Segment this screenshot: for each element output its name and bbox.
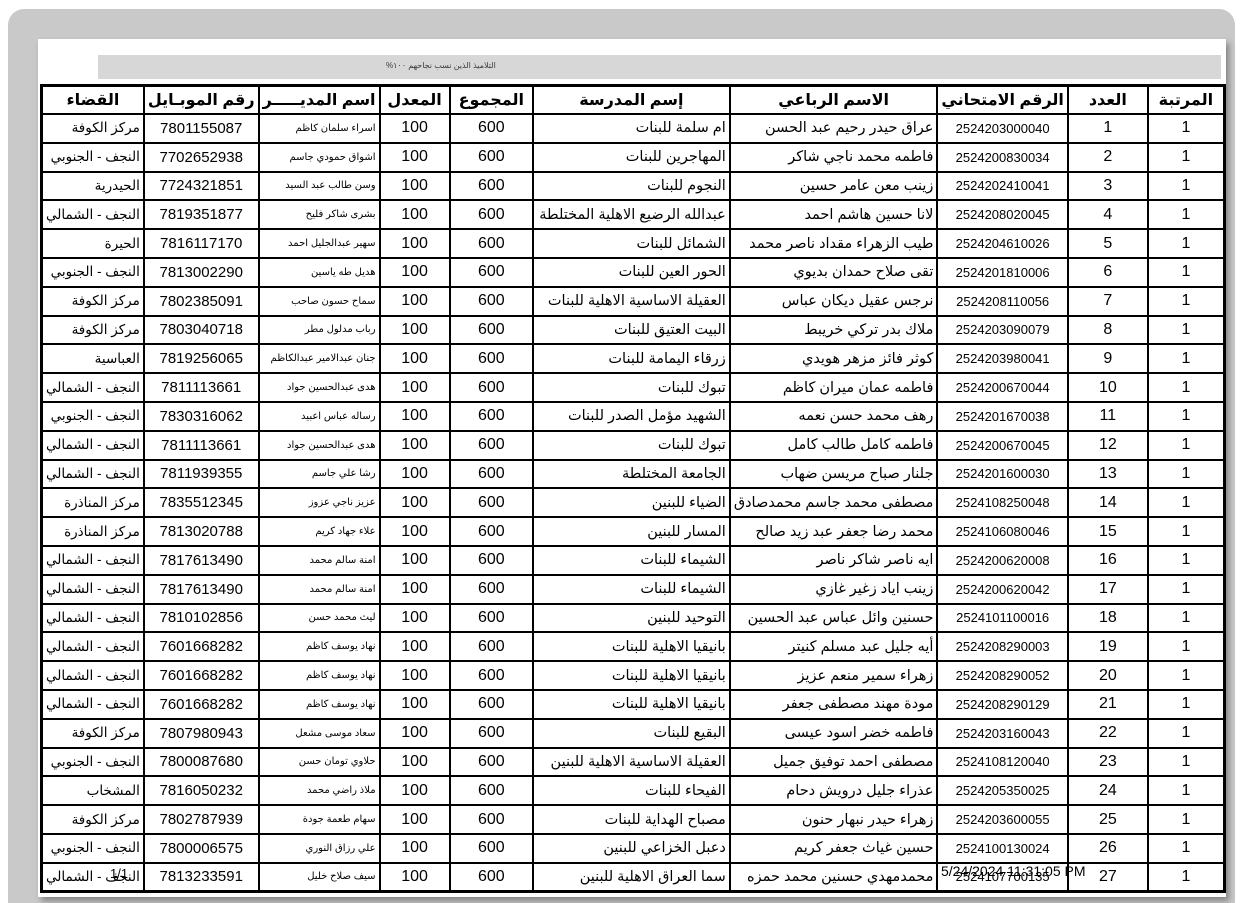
cell-mobile: 7830316062 bbox=[144, 402, 259, 431]
cell-total: 600 bbox=[450, 748, 533, 777]
cell-count: 14 bbox=[1068, 488, 1148, 517]
cell-mobile: 7811113661 bbox=[144, 373, 259, 402]
cell-average: 100 bbox=[380, 690, 450, 719]
cell-district: العباسية bbox=[42, 344, 144, 373]
cell-exam-no: 2524106080046 bbox=[937, 517, 1067, 546]
cell-mobile: 7813002290 bbox=[144, 258, 259, 287]
cell-mobile: 7813233591 bbox=[144, 863, 259, 892]
cell-rank: 1 bbox=[1148, 143, 1225, 172]
cell-district: النجف - الشمالي bbox=[42, 632, 144, 661]
cell-school: العقيلة الاساسية الاهلية للبنات bbox=[533, 287, 730, 316]
cell-director: رباب مدلول مطر bbox=[259, 316, 380, 345]
cell-exam-no: 2524108250048 bbox=[937, 488, 1067, 517]
cell-school: عبدالله الرضيع الاهلية المختلطة bbox=[533, 200, 730, 229]
cell-exam-no: 2524100130024 bbox=[937, 834, 1067, 863]
cell-director: نهاد يوسف كاظم bbox=[259, 632, 380, 661]
cell-school: الفيحاء للبنات bbox=[533, 776, 730, 805]
cell-average: 100 bbox=[380, 748, 450, 777]
cell-school: المهاجرين للبنات bbox=[533, 143, 730, 172]
cell-average: 100 bbox=[380, 229, 450, 258]
cell-name: زهراء سمير منعم عزيز bbox=[730, 661, 938, 690]
cell-average: 100 bbox=[380, 373, 450, 402]
document-page: التلاميذ الذين نسب نجاحهم ١٠٠% المرتبة ا… bbox=[38, 39, 1226, 897]
cell-school: تبوك للبنات bbox=[533, 431, 730, 460]
cell-exam-no: 2524200670044 bbox=[937, 373, 1067, 402]
cell-count: 26 bbox=[1068, 834, 1148, 863]
cell-mobile: 7801155087 bbox=[144, 114, 259, 143]
cell-count: 11 bbox=[1068, 402, 1148, 431]
cell-total: 600 bbox=[450, 805, 533, 834]
cell-total: 600 bbox=[450, 114, 533, 143]
cell-director: سعاد موسى مشعل bbox=[259, 719, 380, 748]
cell-district: مركز الكوفة bbox=[42, 719, 144, 748]
cell-mobile: 7802787939 bbox=[144, 805, 259, 834]
cell-district: مركز الكوفة bbox=[42, 805, 144, 834]
cell-average: 100 bbox=[380, 863, 450, 892]
cell-district: النجف - الشمالي bbox=[42, 431, 144, 460]
cell-mobile: 7810102856 bbox=[144, 604, 259, 633]
cell-school: البيت العتيق للبنات bbox=[533, 316, 730, 345]
cell-school: الحور العين للبنات bbox=[533, 258, 730, 287]
cell-exam-no: 2524201810006 bbox=[937, 258, 1067, 287]
cell-total: 600 bbox=[450, 690, 533, 719]
cell-total: 600 bbox=[450, 402, 533, 431]
table-row: 1 4 2524208020045 لانا حسين هاشم احمد عب… bbox=[42, 200, 1225, 229]
cell-name: نرجس عقيل ديكان عباس bbox=[730, 287, 938, 316]
cell-rank: 1 bbox=[1148, 863, 1225, 892]
cell-mobile: 7702652938 bbox=[144, 143, 259, 172]
col-header-mobile: رقم الموبـايل bbox=[144, 86, 259, 115]
cell-average: 100 bbox=[380, 604, 450, 633]
cell-total: 600 bbox=[450, 200, 533, 229]
cell-rank: 1 bbox=[1148, 114, 1225, 143]
table-row: 1 8 2524203090079 ملاك بدر تركي خريبط ال… bbox=[42, 316, 1225, 345]
cell-mobile: 7813020788 bbox=[144, 517, 259, 546]
cell-total: 600 bbox=[450, 719, 533, 748]
cell-average: 100 bbox=[380, 460, 450, 489]
cell-director: امنة سالم محمد bbox=[259, 575, 380, 604]
col-header-name: الاسم الرباعي bbox=[730, 86, 938, 115]
cell-director: حلاوي تومان حسن bbox=[259, 748, 380, 777]
cell-name: لانا حسين هاشم احمد bbox=[730, 200, 938, 229]
cell-exam-no: 2524101100016 bbox=[937, 604, 1067, 633]
cell-count: 19 bbox=[1068, 632, 1148, 661]
cell-rank: 1 bbox=[1148, 258, 1225, 287]
cell-rank: 1 bbox=[1148, 431, 1225, 460]
cell-exam-no: 2524201670038 bbox=[937, 402, 1067, 431]
cell-rank: 1 bbox=[1148, 200, 1225, 229]
cell-total: 600 bbox=[450, 661, 533, 690]
cell-rank: 1 bbox=[1148, 632, 1225, 661]
cell-count: 22 bbox=[1068, 719, 1148, 748]
cell-name: فاطمه محمد ناجي شاكر bbox=[730, 143, 938, 172]
cell-school: زرقاء اليمامة للبنات bbox=[533, 344, 730, 373]
cell-rank: 1 bbox=[1148, 690, 1225, 719]
cell-exam-no: 2524203980041 bbox=[937, 344, 1067, 373]
cell-total: 600 bbox=[450, 460, 533, 489]
cell-director: سهام طعمة جودة bbox=[259, 805, 380, 834]
cell-name: عذراء جليل درويش دحام bbox=[730, 776, 938, 805]
cell-director: سهير عبدالجليل احمد bbox=[259, 229, 380, 258]
cell-count: 23 bbox=[1068, 748, 1148, 777]
cell-rank: 1 bbox=[1148, 517, 1225, 546]
cell-rank: 1 bbox=[1148, 776, 1225, 805]
cell-total: 600 bbox=[450, 143, 533, 172]
cell-director: امنة سالم محمد bbox=[259, 546, 380, 575]
cell-rank: 1 bbox=[1148, 805, 1225, 834]
cell-director: ليث محمد حسن bbox=[259, 604, 380, 633]
cell-total: 600 bbox=[450, 546, 533, 575]
cell-mobile: 7817613490 bbox=[144, 546, 259, 575]
cell-name: مصطفى احمد توفيق جميل bbox=[730, 748, 938, 777]
table-row: 1 24 2524205350025 عذراء جليل درويش دحام… bbox=[42, 776, 1225, 805]
cell-name: فاطمه عمان ميران كاظم bbox=[730, 373, 938, 402]
cell-rank: 1 bbox=[1148, 719, 1225, 748]
cell-director: رشا علي جاسم bbox=[259, 460, 380, 489]
cell-total: 600 bbox=[450, 632, 533, 661]
table-row: 1 14 2524108250048 مصطفى محمد جاسم محمدص… bbox=[42, 488, 1225, 517]
cell-mobile: 7816050232 bbox=[144, 776, 259, 805]
cell-director: جنان عبدالامير عبدالكاظم bbox=[259, 344, 380, 373]
table-row: 1 13 2524201600030 جلنار صباح مريسن ضهاب… bbox=[42, 460, 1225, 489]
cell-school: الشهيد مؤمل الصدر للبنات bbox=[533, 402, 730, 431]
col-header-total: المجموع bbox=[450, 86, 533, 115]
cell-school: المسار للبنين bbox=[533, 517, 730, 546]
cell-name: زينب معن عامر حسين bbox=[730, 172, 938, 201]
page-number: 1/1 bbox=[110, 866, 128, 881]
cell-count: 2 bbox=[1068, 143, 1148, 172]
cell-school: سما العراق الاهلية للبنين bbox=[533, 863, 730, 892]
table-row: 1 26 2524100130024 حسين غياث جعفر كريم د… bbox=[42, 834, 1225, 863]
cell-school: البقيع للبنات bbox=[533, 719, 730, 748]
cell-district: النجف - الجنوبي bbox=[42, 143, 144, 172]
cell-rank: 1 bbox=[1148, 402, 1225, 431]
col-header-average: المعدل bbox=[380, 86, 450, 115]
table-row: 1 11 2524201670038 رهف محمد حسن نعمه الش… bbox=[42, 402, 1225, 431]
cell-average: 100 bbox=[380, 661, 450, 690]
cell-count: 16 bbox=[1068, 546, 1148, 575]
cell-school: تبوك للبنات bbox=[533, 373, 730, 402]
cell-rank: 1 bbox=[1148, 373, 1225, 402]
cell-average: 100 bbox=[380, 143, 450, 172]
cell-mobile: 7816117170 bbox=[144, 229, 259, 258]
table-header-row: المرتبة العدد الرقم الامتحاني الاسم الرب… bbox=[42, 86, 1225, 115]
cell-director: بشرى شاكر فليح bbox=[259, 200, 380, 229]
cell-total: 600 bbox=[450, 258, 533, 287]
col-header-rank: المرتبة bbox=[1148, 86, 1225, 115]
cell-name: تقى صلاح حمدان بديوي bbox=[730, 258, 938, 287]
cell-average: 100 bbox=[380, 402, 450, 431]
cell-count: 7 bbox=[1068, 287, 1148, 316]
cell-district: مركز الكوفة bbox=[42, 114, 144, 143]
cell-exam-no: 2524108120040 bbox=[937, 748, 1067, 777]
cell-total: 600 bbox=[450, 575, 533, 604]
table-body: 1 1 2524203000040 عراق حيدر رحيم عبد الح… bbox=[42, 114, 1225, 892]
cell-name: مصطفى محمد جاسم محمدصادق bbox=[730, 488, 938, 517]
col-header-district: القضاء bbox=[42, 86, 144, 115]
cell-count: 8 bbox=[1068, 316, 1148, 345]
cell-name: أيه جليل عبد مسلم كنيتر bbox=[730, 632, 938, 661]
cell-director: هدى عبدالحسين جواد bbox=[259, 431, 380, 460]
cell-rank: 1 bbox=[1148, 546, 1225, 575]
table-row: 1 2 2524200830034 فاطمه محمد ناجي شاكر ا… bbox=[42, 143, 1225, 172]
cell-count: 1 bbox=[1068, 114, 1148, 143]
cell-name: فاطمه خضر اسود عيسى bbox=[730, 719, 938, 748]
cell-name: حسين غياث جعفر كريم bbox=[730, 834, 938, 863]
cell-average: 100 bbox=[380, 287, 450, 316]
cell-exam-no: 2524205350025 bbox=[937, 776, 1067, 805]
cell-mobile: 7601668282 bbox=[144, 632, 259, 661]
cell-rank: 1 bbox=[1148, 575, 1225, 604]
table-row: 1 10 2524200670044 فاطمه عمان ميران كاظم… bbox=[42, 373, 1225, 402]
cell-district: النجف - الشمالي bbox=[42, 661, 144, 690]
cell-mobile: 7807980943 bbox=[144, 719, 259, 748]
cell-district: النجف - الشمالي bbox=[42, 546, 144, 575]
table-row: 1 1 2524203000040 عراق حيدر رحيم عبد الح… bbox=[42, 114, 1225, 143]
scanned-header-strip: التلاميذ الذين نسب نجاحهم ١٠٠% bbox=[98, 55, 1221, 79]
cell-average: 100 bbox=[380, 431, 450, 460]
cell-school: بانيقيا الاهلية للبنات bbox=[533, 632, 730, 661]
cell-average: 100 bbox=[380, 517, 450, 546]
cell-school: الشيماء للبنات bbox=[533, 575, 730, 604]
cell-exam-no: 2524204610026 bbox=[937, 229, 1067, 258]
cell-count: 10 bbox=[1068, 373, 1148, 402]
cell-district: النجف - الشمالي bbox=[42, 460, 144, 489]
cell-rank: 1 bbox=[1148, 834, 1225, 863]
cell-district: النجف - الشمالي bbox=[42, 604, 144, 633]
cell-average: 100 bbox=[380, 316, 450, 345]
cell-average: 100 bbox=[380, 344, 450, 373]
cell-district: مركز الكوفة bbox=[42, 316, 144, 345]
cell-school: بانيقيا الاهلية للبنات bbox=[533, 690, 730, 719]
cell-exam-no: 2524208290052 bbox=[937, 661, 1067, 690]
cell-exam-no: 2524200830034 bbox=[937, 143, 1067, 172]
cell-total: 600 bbox=[450, 517, 533, 546]
cell-district: مركز المناذرة bbox=[42, 488, 144, 517]
cell-name: ايه ناصر شاكر ناصر bbox=[730, 546, 938, 575]
cell-average: 100 bbox=[380, 805, 450, 834]
cell-exam-no: 2524203600055 bbox=[937, 805, 1067, 834]
cell-mobile: 7802385091 bbox=[144, 287, 259, 316]
cell-count: 5 bbox=[1068, 229, 1148, 258]
cell-name: جلنار صباح مريسن ضهاب bbox=[730, 460, 938, 489]
report-title-note: التلاميذ الذين نسب نجاحهم ١٠٠% bbox=[386, 61, 496, 70]
cell-average: 100 bbox=[380, 834, 450, 863]
cell-district: النجف - الجنوبي bbox=[42, 748, 144, 777]
cell-director: رساله عباس اعبيد bbox=[259, 402, 380, 431]
cell-rank: 1 bbox=[1148, 316, 1225, 345]
cell-director: هديل طه ياسين bbox=[259, 258, 380, 287]
cell-total: 600 bbox=[450, 834, 533, 863]
cell-exam-no: 2524200620008 bbox=[937, 546, 1067, 575]
cell-count: 21 bbox=[1068, 690, 1148, 719]
table-row: 1 17 2524200620042 زينب اياد زغير غازي ا… bbox=[42, 575, 1225, 604]
cell-name: حسنين وائل عباس عبد الحسين bbox=[730, 604, 938, 633]
cell-average: 100 bbox=[380, 546, 450, 575]
cell-school: العقيلة الاساسية الاهلية للبنين bbox=[533, 748, 730, 777]
cell-school: دعبل الخزاعي للبنين bbox=[533, 834, 730, 863]
cell-count: 12 bbox=[1068, 431, 1148, 460]
cell-director: نهاد يوسف كاظم bbox=[259, 661, 380, 690]
cell-mobile: 7835512345 bbox=[144, 488, 259, 517]
cell-name: طيب الزهراء مقداد ناصر محمد bbox=[730, 229, 938, 258]
cell-district: النجف - الشمالي bbox=[42, 575, 144, 604]
cell-school: الشمائل للبنات bbox=[533, 229, 730, 258]
cell-mobile: 7811939355 bbox=[144, 460, 259, 489]
cell-district: النجف - الجنوبي bbox=[42, 258, 144, 287]
cell-exam-no: 2524203160043 bbox=[937, 719, 1067, 748]
cell-rank: 1 bbox=[1148, 172, 1225, 201]
cell-name: زينب اياد زغير غازي bbox=[730, 575, 938, 604]
cell-name: زهراء حيدر نبهار حنون bbox=[730, 805, 938, 834]
cell-school: مصباح الهداية للبنات bbox=[533, 805, 730, 834]
cell-exam-no: 2524208110056 bbox=[937, 287, 1067, 316]
cell-school: الجامعة المختلطة bbox=[533, 460, 730, 489]
cell-name: فاطمه كامل طالب كامل bbox=[730, 431, 938, 460]
cell-district: النجف - الجنوبي bbox=[42, 834, 144, 863]
cell-mobile: 7817613490 bbox=[144, 575, 259, 604]
table-row: 1 18 2524101100016 حسنين وائل عباس عبد ا… bbox=[42, 604, 1225, 633]
table-row: 1 9 2524203980041 كوثر فائز مزهر هويدي ز… bbox=[42, 344, 1225, 373]
table-row: 1 20 2524208290052 زهراء سمير منعم عزيز … bbox=[42, 661, 1225, 690]
table-row: 1 23 2524108120040 مصطفى احمد توفيق جميل… bbox=[42, 748, 1225, 777]
cell-school: التوحيد للبنين bbox=[533, 604, 730, 633]
cell-total: 600 bbox=[450, 488, 533, 517]
cell-total: 600 bbox=[450, 776, 533, 805]
cell-exam-no: 2524200620042 bbox=[937, 575, 1067, 604]
table-row: 1 25 2524203600055 زهراء حيدر نبهار حنون… bbox=[42, 805, 1225, 834]
cell-name: مودة مهند مصطفى جعفر bbox=[730, 690, 938, 719]
col-header-exam-no: الرقم الامتحاني bbox=[937, 86, 1067, 115]
cell-mobile: 7819351877 bbox=[144, 200, 259, 229]
cell-rank: 1 bbox=[1148, 604, 1225, 633]
table-row: 1 5 2524204610026 طيب الزهراء مقداد ناصر… bbox=[42, 229, 1225, 258]
cell-director: علي رزاق النوري bbox=[259, 834, 380, 863]
print-timestamp: 5/24/2024 11:31:05 PM bbox=[941, 863, 1086, 879]
cell-district: النجف - الشمالي bbox=[42, 373, 144, 402]
cell-district: المشخاب bbox=[42, 776, 144, 805]
cell-count: 15 bbox=[1068, 517, 1148, 546]
cell-mobile: 7601668282 bbox=[144, 661, 259, 690]
cell-district: مركز المناذرة bbox=[42, 517, 144, 546]
cell-school: الشيماء للبنات bbox=[533, 546, 730, 575]
cell-count: 24 bbox=[1068, 776, 1148, 805]
table-row: 1 21 2524208290129 مودة مهند مصطفى جعفر … bbox=[42, 690, 1225, 719]
cell-mobile: 7724321851 bbox=[144, 172, 259, 201]
cell-rank: 1 bbox=[1148, 661, 1225, 690]
cell-count: 9 bbox=[1068, 344, 1148, 373]
cell-exam-no: 2524208020045 bbox=[937, 200, 1067, 229]
cell-total: 600 bbox=[450, 344, 533, 373]
cell-exam-no: 2524208290129 bbox=[937, 690, 1067, 719]
report-viewer: { "page": { "scan_note": "التلاميذ الذين… bbox=[0, 0, 1242, 903]
cell-director: اشواق حمودي جاسم bbox=[259, 143, 380, 172]
results-table: المرتبة العدد الرقم الامتحاني الاسم الرب… bbox=[40, 84, 1226, 893]
col-header-director: اسم المديـــــر bbox=[259, 86, 380, 115]
cell-rank: 1 bbox=[1148, 460, 1225, 489]
cell-name: عراق حيدر رحيم عبد الحسن bbox=[730, 114, 938, 143]
cell-count: 18 bbox=[1068, 604, 1148, 633]
col-header-school: إسم المدرسة bbox=[533, 86, 730, 115]
table-row: 1 7 2524208110056 نرجس عقيل ديكان عباس ا… bbox=[42, 287, 1225, 316]
cell-count: 20 bbox=[1068, 661, 1148, 690]
table-row: 1 3 2524202410041 زينب معن عامر حسين الن… bbox=[42, 172, 1225, 201]
viewer-background-panel: التلاميذ الذين نسب نجاحهم ١٠٠% المرتبة ا… bbox=[8, 9, 1235, 903]
cell-mobile: 7803040718 bbox=[144, 316, 259, 345]
cell-count: 3 bbox=[1068, 172, 1148, 201]
table-row: 1 19 2524208290003 أيه جليل عبد مسلم كني… bbox=[42, 632, 1225, 661]
cell-director: عزيز ناجي عزوز bbox=[259, 488, 380, 517]
table-row: 1 6 2524201810006 تقى صلاح حمدان بديوي ا… bbox=[42, 258, 1225, 287]
cell-average: 100 bbox=[380, 258, 450, 287]
cell-director: نهاد يوسف كاظم bbox=[259, 690, 380, 719]
cell-exam-no: 2524200670045 bbox=[937, 431, 1067, 460]
cell-mobile: 7811113661 bbox=[144, 431, 259, 460]
cell-director: سيف صلاح خليل bbox=[259, 863, 380, 892]
cell-average: 100 bbox=[380, 575, 450, 604]
cell-total: 600 bbox=[450, 431, 533, 460]
cell-exam-no: 2524202410041 bbox=[937, 172, 1067, 201]
cell-exam-no: 2524203090079 bbox=[937, 316, 1067, 345]
cell-average: 100 bbox=[380, 200, 450, 229]
cell-average: 100 bbox=[380, 776, 450, 805]
cell-school: ام سلمة للبنات bbox=[533, 114, 730, 143]
cell-director: هدى عبدالحسين جواد bbox=[259, 373, 380, 402]
cell-count: 17 bbox=[1068, 575, 1148, 604]
cell-district: الحيرة bbox=[42, 229, 144, 258]
table-row: 1 22 2524203160043 فاطمه خضر اسود عيسى ا… bbox=[42, 719, 1225, 748]
cell-rank: 1 bbox=[1148, 287, 1225, 316]
cell-mobile: 7800006575 bbox=[144, 834, 259, 863]
cell-mobile: 7800087680 bbox=[144, 748, 259, 777]
cell-school: بانيقيا الاهلية للبنات bbox=[533, 661, 730, 690]
cell-count: 4 bbox=[1068, 200, 1148, 229]
cell-district: مركز الكوفة bbox=[42, 287, 144, 316]
cell-name: كوثر فائز مزهر هويدي bbox=[730, 344, 938, 373]
cell-mobile: 7819256065 bbox=[144, 344, 259, 373]
cell-school: الضياء للبنين bbox=[533, 488, 730, 517]
cell-school: النجوم للبنات bbox=[533, 172, 730, 201]
cell-exam-no: 2524201600030 bbox=[937, 460, 1067, 489]
cell-average: 100 bbox=[380, 114, 450, 143]
cell-total: 600 bbox=[450, 287, 533, 316]
cell-director: علاء جهاد كريم bbox=[259, 517, 380, 546]
cell-count: 25 bbox=[1068, 805, 1148, 834]
cell-district: النجف - الجنوبي bbox=[42, 402, 144, 431]
cell-average: 100 bbox=[380, 719, 450, 748]
cell-district: النجف - الشمالي bbox=[42, 863, 144, 892]
cell-total: 600 bbox=[450, 373, 533, 402]
cell-name: رهف محمد حسن نعمه bbox=[730, 402, 938, 431]
table-row: 1 15 2524106080046 محمد رضا جعفر عبد زيد… bbox=[42, 517, 1225, 546]
cell-count: 13 bbox=[1068, 460, 1148, 489]
cell-rank: 1 bbox=[1148, 229, 1225, 258]
cell-total: 600 bbox=[450, 172, 533, 201]
cell-rank: 1 bbox=[1148, 488, 1225, 517]
cell-mobile: 7601668282 bbox=[144, 690, 259, 719]
table-row: 1 12 2524200670045 فاطمه كامل طالب كامل … bbox=[42, 431, 1225, 460]
cell-director: سماح حسون صاحب bbox=[259, 287, 380, 316]
cell-exam-no: 2524203000040 bbox=[937, 114, 1067, 143]
cell-average: 100 bbox=[380, 172, 450, 201]
cell-rank: 1 bbox=[1148, 344, 1225, 373]
cell-exam-no: 2524208290003 bbox=[937, 632, 1067, 661]
cell-total: 600 bbox=[450, 604, 533, 633]
cell-total: 600 bbox=[450, 863, 533, 892]
cell-average: 100 bbox=[380, 632, 450, 661]
cell-director: اسراء سلمان كاظم bbox=[259, 114, 380, 143]
cell-director: ملاذ راضي محمد bbox=[259, 776, 380, 805]
